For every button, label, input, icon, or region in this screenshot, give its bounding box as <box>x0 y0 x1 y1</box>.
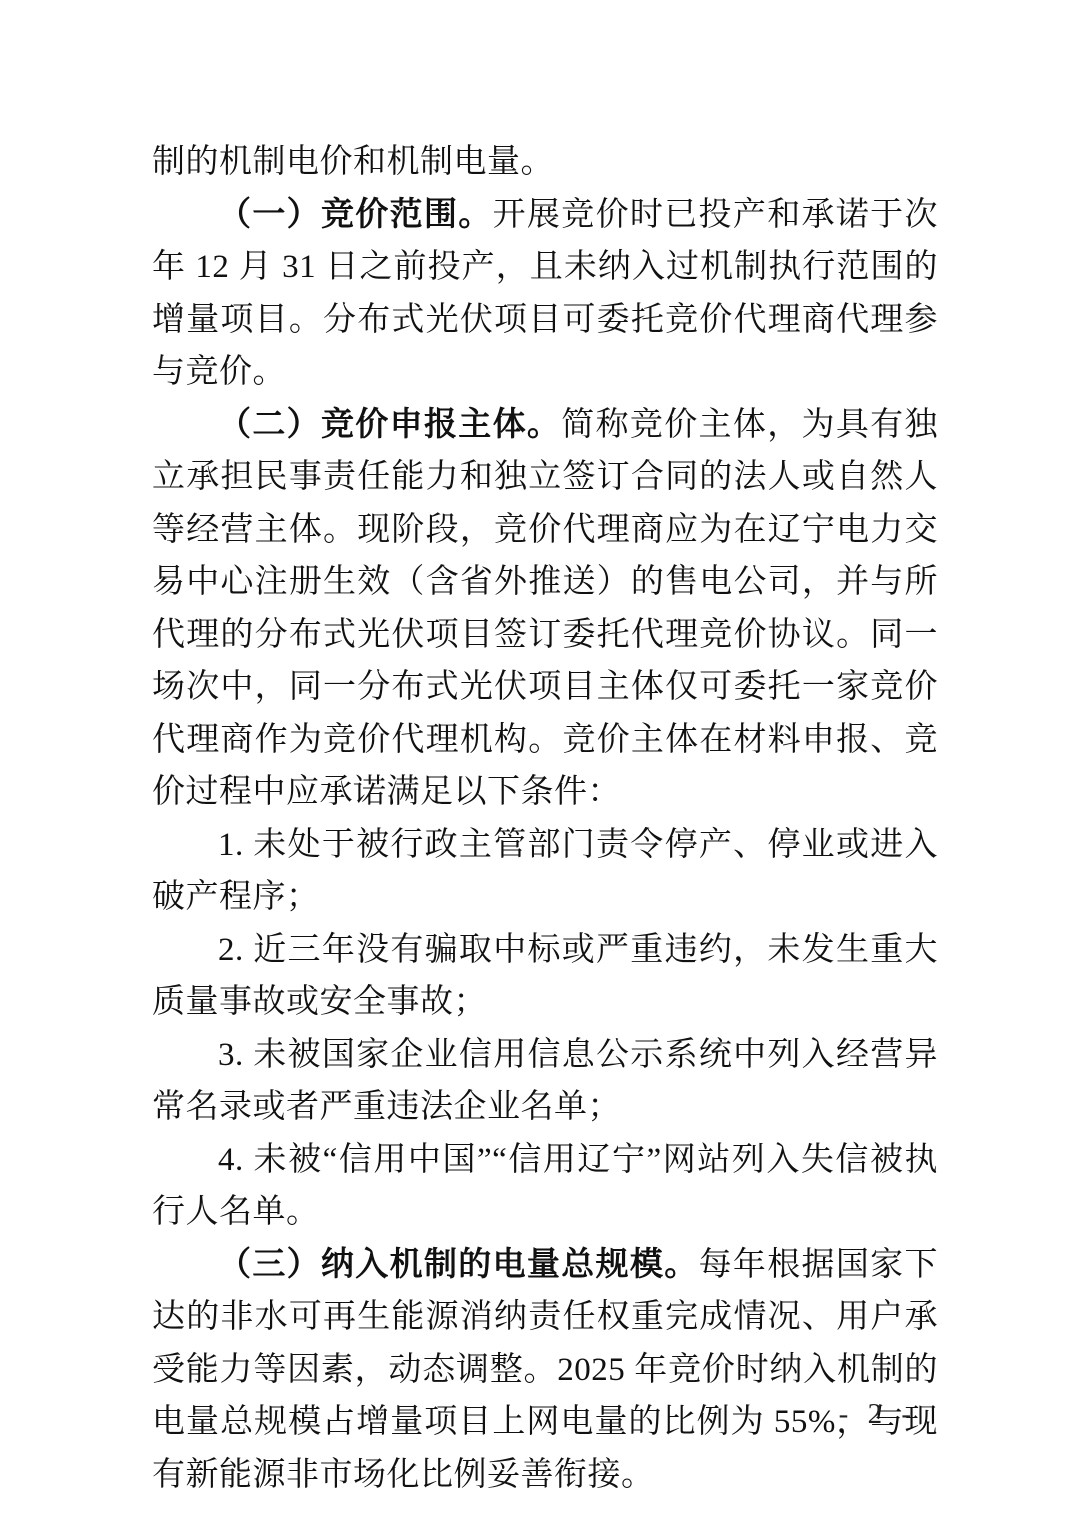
paragraph-text: 简称竞价主体，为具有独立承担民事责任能力和独立签订合同的法人或自然人等经营主体。… <box>152 407 938 811</box>
paragraph-section-3: （三）纳入机制的电量总规模。每年根据国家下达的非水可再生能源消纳责任权重完成情况… <box>152 1239 938 1502</box>
list-item-text: 4. 未被“信用中国”“信用辽宁”网站列入失信被执行人名单。 <box>152 1142 938 1231</box>
document-page: { "page": { "background": "#ffffff", "te… <box>0 0 1080 1527</box>
page-number: - 2 - <box>839 1398 917 1431</box>
list-item-text: 2. 近三年没有骗取中标或严重违约，未发生重大质量事故或安全事故； <box>152 932 938 1021</box>
list-item-text: 1. 未处于被行政主管部门责令停产、停业或进入破产程序； <box>152 827 938 916</box>
document-body: 制的机制电价和机制电量。 （一）竞价范围。开展竞价时已投产和承诺于次年 12 月… <box>152 136 938 1501</box>
section-3-heading: （三）纳入机制的电量总规模。 <box>218 1247 699 1283</box>
paragraph-text: 每年根据国家下达的非水可再生能源消纳责任权重完成情况、用户承受能力等因素，动态调… <box>152 1247 938 1493</box>
list-item-2: 2. 近三年没有骗取中标或严重违约，未发生重大质量事故或安全事故； <box>152 924 938 1029</box>
list-item-text: 3. 未被国家企业信用信息公示系统中列入经营异常名录或者严重违法企业名单； <box>152 1037 938 1126</box>
list-item-4: 4. 未被“信用中国”“信用辽宁”网站列入失信被执行人名单。 <box>152 1134 938 1239</box>
list-item-1: 1. 未处于被行政主管部门责令停产、停业或进入破产程序； <box>152 819 938 924</box>
section-2-heading: （二）竞价申报主体。 <box>218 407 561 443</box>
paragraph-section-2: （二）竞价申报主体。简称竞价主体，为具有独立承担民事责任能力和独立签订合同的法人… <box>152 399 938 819</box>
paragraph-text: 制的机制电价和机制电量。 <box>152 144 554 180</box>
paragraph-continuation: 制的机制电价和机制电量。 <box>152 136 938 189</box>
section-1-heading: （一）竞价范围。 <box>218 197 493 233</box>
paragraph-section-1: （一）竞价范围。开展竞价时已投产和承诺于次年 12 月 31 日之前投产，且未纳… <box>152 189 938 399</box>
list-item-3: 3. 未被国家企业信用信息公示系统中列入经营异常名录或者严重违法企业名单； <box>152 1029 938 1134</box>
